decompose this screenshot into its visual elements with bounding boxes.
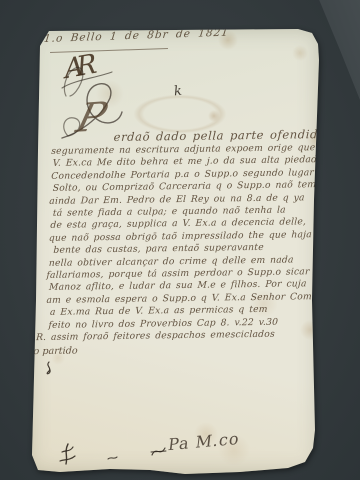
- manuscript-page: 1.o Bello 1 de 8br de 1821 AR k P erdaõ …: [28, 28, 320, 474]
- signature-rubric: Pa M.co: [167, 429, 241, 455]
- header-date: 1.o Bello 1 de 8br de 1821: [43, 27, 229, 46]
- manuscript-page-wrap: 1.o Bello 1 de 8br de 1821 AR k P erdaõ …: [28, 28, 320, 474]
- body-text-block: erdaõ dado pella parte ofendida, que seg…: [43, 126, 314, 357]
- margin-ink-mark-icon: [42, 360, 56, 378]
- pre-signature-ink-mark-icon: [150, 444, 168, 458]
- bottom-left-ink-mark-icon: [56, 440, 80, 466]
- stray-ink-mark: k: [173, 84, 182, 100]
- tiny-ink-mark-icon: [106, 454, 118, 462]
